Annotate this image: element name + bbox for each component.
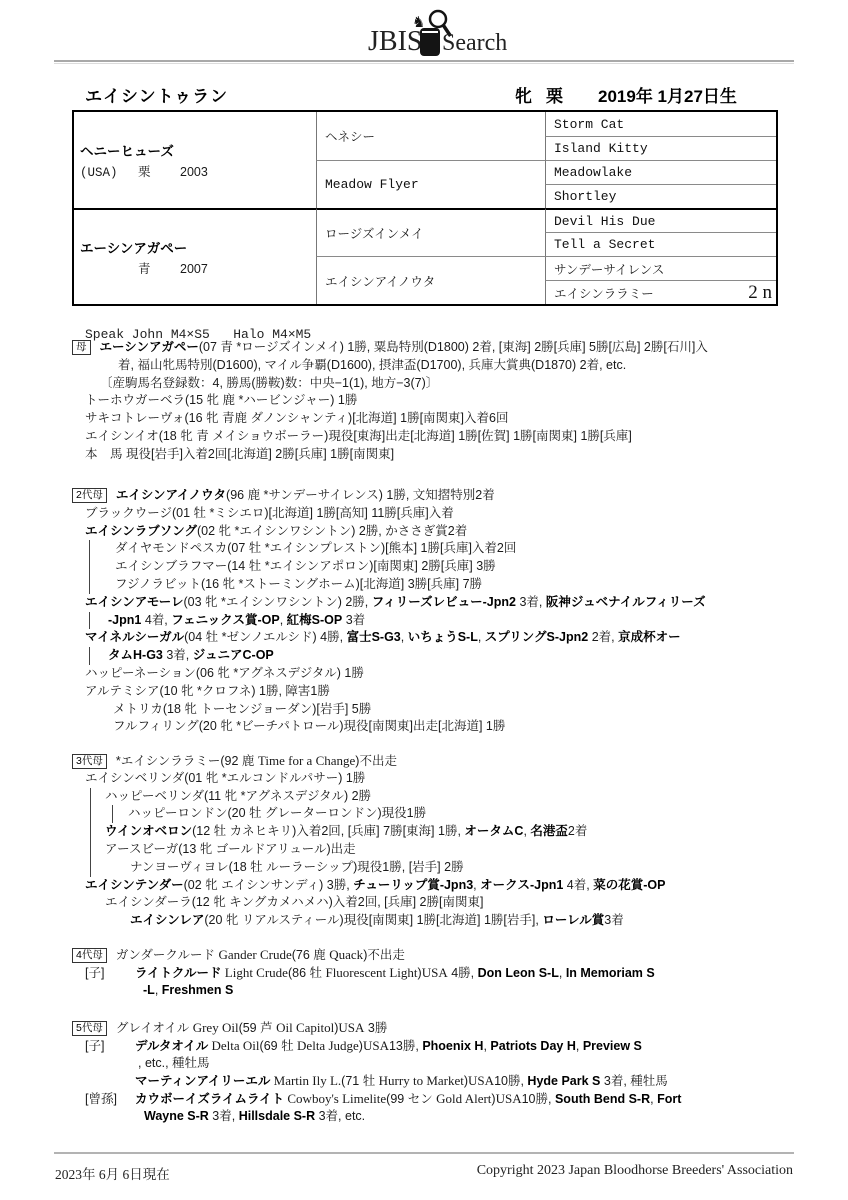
pedigree-line: [曾孫]カウボーイズライムライト Cowboy's Limelite(99 セン… xyxy=(72,1090,792,1108)
pedigree-line: アースビーガ(13 牝 ゴールドアリュール)出走 xyxy=(72,841,792,859)
pedigree-bold-text: Hyde Park S xyxy=(527,1074,600,1088)
pedigree-text: Cowboy's Limelite xyxy=(284,1091,386,1106)
pedigree-text: 4勝, xyxy=(448,966,478,980)
pedigree-section: 4代母ガンダークルード Gander Crude(76 鹿 Quack)不出走[… xyxy=(72,946,792,999)
pedigree-bold-text: エイシンテンダー xyxy=(85,878,184,892)
pedigree-text: Delta Oil xyxy=(208,1038,259,1053)
pedigree-line: 4代母ガンダークルード Gander Crude(76 鹿 Quack)不出走 xyxy=(72,946,792,964)
pedigree-text: 4着, xyxy=(563,878,593,892)
pedigree-text: USA xyxy=(496,1091,522,1106)
pedigree-text: 3着, 種牡馬 xyxy=(600,1074,667,1088)
sire-detail: (USA)栗2003 xyxy=(80,162,208,180)
jbis-search-logo: JBIS ♞ Search xyxy=(368,8,528,62)
pedigree-line: メトリカ(18 牝 トーセンジョーダン)[岩手] 5勝 xyxy=(72,701,792,719)
pedigree-text: , xyxy=(401,630,408,644)
pedigree-text: , xyxy=(280,613,287,627)
pedigree-text: (03 牝 *エイシンワシントン) 2勝, xyxy=(183,595,371,609)
pedigree-text: Gander Crude xyxy=(218,947,291,962)
pedigree-bold-text: 名港盃 xyxy=(530,824,568,838)
pedigree-bold-text: ジュニアC-OP xyxy=(193,648,274,662)
pedigree-section: 母エーシンアガペー(07 青 *ロージズインメイ) 1勝, 粟島特別(D1800… xyxy=(72,339,792,464)
pedigree-text: 10勝, xyxy=(522,1092,555,1106)
pedigree-bold-text: マイネルシーガル xyxy=(85,630,184,644)
pedigree-line: エイシンブラフマー(14 牡 *エイシンアポロン)[南関東] 2勝[兵庫] 3勝 xyxy=(72,558,792,576)
tree-branch-line xyxy=(90,859,91,877)
pedigree-report-page: JBIS ♞ Search エイシントゥラン 牝 栗 2019年 1月27日生 … xyxy=(0,0,848,1200)
pedigree-bold-text: エイシンアイノウタ xyxy=(116,488,226,502)
pedigree-bold-text: オークス-Jpn1 xyxy=(480,878,563,892)
pedigree-text: , xyxy=(576,1039,583,1053)
pedigree-text: Fluorescent Light xyxy=(325,965,417,980)
relation-label: [子] xyxy=(85,965,135,983)
pedigree-text: ガンダークルード xyxy=(116,948,219,962)
pedigree-text: 3着, xyxy=(516,595,546,609)
pedigree-bold-text: 富士S-G3 xyxy=(347,630,401,644)
pedigree-bold-text: カウボーイズライムライト xyxy=(135,1092,284,1106)
pedigree-text: 本 馬 現役[岩手]入着2回[北海道] 2勝[兵庫] 1勝[南関東] xyxy=(85,447,394,461)
pedigree-text: (69 牡 xyxy=(260,1039,298,1053)
pedigree-text: エイシンブラフマー(14 牡 *エイシンアポロン)[南関東] 2勝[兵庫] 3勝 xyxy=(115,559,496,573)
generation-label: 5代母 xyxy=(72,1021,107,1036)
generation-label: 3代母 xyxy=(72,754,107,769)
pedigree-text: 4着, xyxy=(141,613,171,627)
dam-detail: 青2007 xyxy=(80,259,208,277)
pedigree-bold-text: フィリーズレビュー-Jpn2 xyxy=(372,595,516,609)
pedigree-bold-text: ウインオベロン xyxy=(105,824,192,838)
pedigree-text: (02 牝 エイシンサンディ) 3勝, xyxy=(184,878,354,892)
pedigree-text: 3着, xyxy=(163,648,193,662)
pedigree-line: 着, 福山牝馬特別(D1600), マイル争覇(D1600), 摂津盃(D170… xyxy=(72,357,792,375)
pedigree-line: 5代母グレイオイル Grey Oil(59 芦 Oil Capitol)USA … xyxy=(72,1019,792,1037)
pedigree-text: , xyxy=(478,630,485,644)
pedigree-bold-text: South Bend S-R xyxy=(555,1092,650,1106)
relation-label: [曾孫] xyxy=(85,1091,135,1109)
pedigree-text: Grey Oil xyxy=(193,1020,239,1035)
gen3-cell: Shortley xyxy=(545,184,776,208)
horse-sex: 牝 xyxy=(515,82,532,107)
tree-branch-line xyxy=(89,576,90,594)
pedigree-text: 着, 福山牝馬特別(D1600), マイル争覇(D1600), 摂津盃(D170… xyxy=(118,358,626,372)
pedigree-line: フジノラビット(16 牝 *ストーミングホーム)[北海道] 3勝[兵庫] 7勝 xyxy=(72,576,792,594)
pedigree-text: ハッピーロンドン(20 牡 グレーターロンドン)現役1勝 xyxy=(128,806,426,820)
pedigree-line: -Jpn1 4着, フェニックス賞-OP, 紅梅S-OP 3着 xyxy=(72,612,792,630)
pedigree-text: ダイヤモンドペスカ(07 牡 *エイシンプレストン)[熊本] 1勝[兵庫]入着2… xyxy=(115,541,516,555)
pedigree-line: ナンヨーヴィヨレ(18 牡 ルーラーシップ)現役1勝, [岩手] 2勝 xyxy=(72,859,792,877)
pedigree-line: ハッピーネーション(06 牝 *アグネスデジタル) 1勝 xyxy=(72,665,792,683)
pedigree-text: エイシンダーラ(12 牝 キングカメハメハ)入着2回, [兵庫] 2勝[南関東] xyxy=(105,895,483,909)
pedigree-bold-text: ライトクルード xyxy=(135,966,222,980)
pedigree-text: 3着, etc. xyxy=(315,1109,365,1123)
pedigree-line: ハッピーロンドン(20 牡 グレーターロンドン)現役1勝 xyxy=(72,805,792,823)
sire-sire-cell: ヘネシー xyxy=(316,112,545,160)
pedigree-text: (86 牡 xyxy=(288,966,326,980)
pedigree-line: 〔産駒馬名登録数：4, 勝馬(勝鞍)数：中央−1(1), 地方−3(7)〕 xyxy=(72,375,792,393)
header-divider xyxy=(54,60,794,64)
pedigree-text: エイシンベリンダ(01 牝 *エルコンドルパサー) 1勝 xyxy=(85,771,365,785)
pedigree-line: マーティンアイリーエル Martin Ily L.(71 牡 Hurry to … xyxy=(72,1072,792,1090)
pedigree-bold-text: Don Leon S-L xyxy=(478,966,559,980)
pedigree-bold-text: マーティンアイリーエル xyxy=(135,1074,270,1088)
tree-branch-line xyxy=(89,647,90,665)
pedigree-text: フジノラビット(16 牝 *ストーミングホーム)[北海道] 3勝[兵庫] 7勝 xyxy=(115,577,482,591)
pedigree-text: )不出走 xyxy=(355,754,397,768)
pedigree-text: Delta Judge xyxy=(297,1038,359,1053)
sire-cell: ヘニーヒューズ (USA)栗2003 xyxy=(74,112,316,208)
copyright-text: Copyright 2023 Japan Bloodhorse Breeders… xyxy=(477,1163,793,1179)
pedigree-bold-text: -L xyxy=(143,983,155,997)
pedigree-section: 2代母エイシンアイノウタ(96 鹿 *サンデーサイレンス) 1勝, 文知摺特別2… xyxy=(72,487,792,736)
report-date: 2023年 6月 6日現在 xyxy=(55,1163,170,1183)
pedigree-text: 3着 xyxy=(342,613,365,627)
pedigree-text: (12 牡 カネヒキリ)入着2回, [兵庫] 7勝[東海] 1勝, xyxy=(192,824,464,838)
pedigree-text: Martin Ily L. xyxy=(270,1073,341,1088)
pedigree-line: フルフィリング(20 牝 *ビーチパトロール)現役[南関東]出走[北海道] 1勝 xyxy=(72,718,792,736)
page-title: エイシントゥラン xyxy=(85,82,228,107)
dam-name: エーシンアガペー xyxy=(80,237,187,257)
pedigree-text: (99 セン xyxy=(386,1092,436,1106)
pedigree-line: エイシンイオ(18 牝 青 メイショウボーラー)現役[東海]出走[北海道] 1勝… xyxy=(72,428,792,446)
pedigree-text: 3着, xyxy=(209,1109,239,1123)
pedigree-section: 3代母*エイシンララミー(92 鹿 Time for a Change)不出走エ… xyxy=(72,752,792,930)
pedigree-text: メトリカ(18 牝 トーセンジョーダン)[岩手] 5勝 xyxy=(113,702,371,716)
pedigree-bold-text: エイシンレア xyxy=(130,913,204,927)
pedigree-text: ナンヨーヴィヨレ(18 牡 ルーラーシップ)現役1勝, [岩手] 2勝 xyxy=(130,860,464,874)
pedigree-bold-text: Wayne S-R xyxy=(144,1109,209,1123)
pedigree-line: ダイヤモンドペスカ(07 牡 *エイシンプレストン)[熊本] 1勝[兵庫]入着2… xyxy=(72,540,792,558)
pedigree-line: Wayne S-R 3着, Hillsdale S-R 3着, etc. xyxy=(72,1108,792,1126)
pedigree-text: ハッピーベリンダ(11 牝 *アグネスデジタル) 2勝 xyxy=(105,789,371,803)
pedigree-text: , etc., 種牡馬 xyxy=(138,1056,210,1070)
pedigree-table: ヘニーヒューズ (USA)栗2003 エーシンアガペー 青2007 ヘネシー M… xyxy=(72,110,778,306)
pedigree-text: Hurry to Market xyxy=(379,1073,464,1088)
tree-branch-line xyxy=(90,841,91,859)
pedigree-line: [子]デルタオイル Delta Oil(69 牡 Delta Judge)USA… xyxy=(72,1037,792,1055)
pedigree-text: 3着 xyxy=(604,913,623,927)
pedigree-line: トーホウガーベラ(15 牝 鹿 *ハービンジャー) 1勝 xyxy=(72,392,792,410)
pedigree-text: USA xyxy=(468,1073,494,1088)
gen3-cell: サンデーサイレンス xyxy=(545,256,776,280)
pedigree-line: エイシンベリンダ(01 牝 *エルコンドルパサー) 1勝 xyxy=(72,770,792,788)
pedigree-bold-text: タムH-G3 xyxy=(108,648,163,662)
pedigree-text: , xyxy=(559,966,566,980)
pedigree-bold-text: Patriots Day H xyxy=(490,1039,575,1053)
tree-branch-line xyxy=(90,788,91,806)
pedigree-text: エイシンイオ(18 牝 青 メイショウボーラー)現役[東海]出走[北海道] 1勝… xyxy=(85,429,632,443)
pedigree-text: (20 牝 リアルスティール)現役[南関東] 1勝[北海道] 1勝[岩手], xyxy=(204,913,542,927)
tree-branch-line xyxy=(90,823,91,841)
pedigree-line: 本 馬 現役[岩手]入着2回[北海道] 2勝[兵庫] 1勝[南関東] xyxy=(72,446,792,464)
pedigree-text: *エイシンララミー(92 鹿 xyxy=(116,754,258,768)
pedigree-bold-text: -Jpn1 xyxy=(108,613,141,627)
pedigree-text: ハッピーネーション(06 牝 *アグネスデジタル) 1勝 xyxy=(85,666,364,680)
pedigree-text: Oil Capitol xyxy=(276,1020,334,1035)
generation-label: 2代母 xyxy=(72,488,107,503)
pedigree-text: Gold Alert xyxy=(436,1091,491,1106)
horse-coat-color: 栗 xyxy=(546,82,563,107)
tree-branch-line xyxy=(89,540,90,558)
pedigree-line: サキコトレーヴォ(16 牝 青鹿 ダノンシャンティ)[北海道] 1勝[南関東]入… xyxy=(72,410,792,428)
page-artifact-note: 2 n xyxy=(748,282,772,304)
pedigree-line: タムH-G3 3着, ジュニアC-OP xyxy=(72,647,792,665)
pedigree-line: ブラックウージ(01 牡 *ミシエロ)[北海道] 1勝[高知] 11勝[兵庫]入… xyxy=(72,505,792,523)
pedigree-bold-text: スプリングS-Jpn2 xyxy=(485,630,588,644)
pedigree-text: 13勝, xyxy=(389,1039,422,1053)
pedigree-bold-text: フェニックス賞-OP xyxy=(171,613,279,627)
pedigree-text: トーホウガーベラ(15 牝 鹿 *ハービンジャー) 1勝 xyxy=(85,393,357,407)
pedigree-text: (76 鹿 xyxy=(292,948,330,962)
dam-cell: エーシンアガペー 青2007 xyxy=(74,208,316,304)
pedigree-line: , etc., 種牡馬 xyxy=(72,1055,792,1073)
pedigree-text: (96 鹿 *サンデーサイレンス) 1勝, 文知摺特別2着 xyxy=(226,488,495,502)
pedigree-line: ウインオベロン(12 牡 カネヒキリ)入着2回, [兵庫] 7勝[東海] 1勝,… xyxy=(72,823,792,841)
tree-branch-line xyxy=(89,558,90,576)
pedigree-text: 3勝 xyxy=(364,1021,387,1035)
pedigree-text: USA xyxy=(363,1038,389,1053)
tree-branch-line xyxy=(90,805,91,823)
pedigree-text: 2着 xyxy=(568,824,587,838)
pedigree-text: , xyxy=(155,983,162,997)
pedigree-bold-text: オータムC xyxy=(464,824,523,838)
logo-search-text: Search xyxy=(442,30,507,57)
pedigree-text: アルテミシア(10 牝 *クロフネ) 1勝, 障害1勝 xyxy=(85,684,330,698)
gen3-name: エイシンララミー xyxy=(554,284,654,302)
pedigree-line: 3代母*エイシンララミー(92 鹿 Time for a Change)不出走 xyxy=(72,752,792,770)
pedigree-bold-text: 菜の花賞-OP xyxy=(593,878,665,892)
pedigree-bold-text: 阪神ジュベナイルフィリーズ xyxy=(546,595,706,609)
pedigree-bold-text: Fort xyxy=(657,1092,681,1106)
sire-name: ヘニーヒューズ xyxy=(80,140,174,160)
gen3-cell: Island Kitty xyxy=(545,136,776,160)
pedigree-text: ブラックウージ(01 牡 *ミシエロ)[北海道] 1勝[高知] 11勝[兵庫]入… xyxy=(85,506,454,520)
footer-divider xyxy=(54,1152,794,1154)
gen3-cell: Meadowlake xyxy=(545,160,776,184)
pedigree-line: ハッピーベリンダ(11 牝 *アグネスデジタル) 2勝 xyxy=(72,788,792,806)
pedigree-bold-text: ローレル賞 xyxy=(542,913,604,927)
tree-branch-line xyxy=(112,805,113,823)
dam-dam-cell: エイシンアイノウタ xyxy=(316,256,545,304)
pedigree-text: (59 芦 xyxy=(239,1021,277,1035)
pedigree-text: USA xyxy=(338,1020,364,1035)
pedigree-bold-text: エイシンアモーレ xyxy=(85,595,183,609)
pedigree-text: Light Crude xyxy=(222,965,288,980)
pedigree-text: (04 牡 *ゼンノエルシド) 4勝, xyxy=(184,630,346,644)
pedigree-line: マイネルシーガル(04 牡 *ゼンノエルシド) 4勝, 富士S-G3, いちょう… xyxy=(72,629,792,647)
pedigree-line: 2代母エイシンアイノウタ(96 鹿 *サンデーサイレンス) 1勝, 文知摺特別2… xyxy=(72,487,792,505)
pedigree-bold-text: Hillsdale S-R xyxy=(239,1109,315,1123)
sire-dam-cell: Meadow Flyer xyxy=(316,160,545,208)
pedigree-text: 10勝, xyxy=(494,1074,527,1088)
pedigree-section: 5代母グレイオイル Grey Oil(59 芦 Oil Capitol)USA … xyxy=(72,1019,792,1126)
pedigree-bold-text: In Memoriam S xyxy=(566,966,655,980)
pedigree-text: (07 青 *ロージズインメイ) 1勝, 粟島特別(D1800) 2着, [東海… xyxy=(199,340,708,354)
generation-label: 4代母 xyxy=(72,948,107,963)
pedigree-line: 母エーシンアガペー(07 青 *ロージズインメイ) 1勝, 粟島特別(D1800… xyxy=(72,339,792,357)
pedigree-bold-text: チューリップ賞-Jpn3 xyxy=(353,878,473,892)
pedigree-bold-text: 京成杯オー xyxy=(618,630,681,644)
pedigree-text: )不出走 xyxy=(363,948,405,962)
gen3-cell: Devil His Due xyxy=(545,208,776,232)
magnifier-icon xyxy=(430,11,446,27)
pedigree-line: アルテミシア(10 牝 *クロフネ) 1勝, 障害1勝 xyxy=(72,683,792,701)
pedigree-text: USA xyxy=(422,965,448,980)
pedigree-bold-text: 紅梅S-OP xyxy=(287,613,343,627)
pedigree-bold-text: Freshmen S xyxy=(162,983,234,997)
pedigree-bold-text: いちょうS-L xyxy=(408,630,478,644)
dam-sire-cell: ロージズインメイ xyxy=(316,208,545,256)
generation-label: 母 xyxy=(72,340,91,355)
pedigree-bold-text: エーシンアガペー xyxy=(100,340,199,354)
gen3-cell: Tell a Secret xyxy=(545,232,776,256)
pedigree-text: フルフィリング(20 牝 *ビーチパトロール)現役[南関東]出走[北海道] 1勝 xyxy=(113,719,505,733)
pedigree-line: [子]ライトクルード Light Crude(86 牡 Fluorescent … xyxy=(72,964,792,982)
pedigree-text: 2着, xyxy=(588,630,618,644)
pedigree-line: エイシンラブソング(02 牝 *エイシンワシントン) 2勝, かささぎ賞2着 xyxy=(72,523,792,541)
pedigree-bold-text: デルタオイル xyxy=(135,1039,208,1053)
pedigree-bold-text: Preview S xyxy=(583,1039,642,1053)
gen3-cell: エイシンララミー 2 n xyxy=(545,280,776,304)
pedigree-bold-text: Phoenix H xyxy=(422,1039,483,1053)
pedigree-line: エイシンダーラ(12 牝 キングカメハメハ)入着2回, [兵庫] 2勝[南関東] xyxy=(72,894,792,912)
pedigree-text: Quack xyxy=(329,947,363,962)
tree-branch-line xyxy=(89,612,90,630)
relation-label: [子] xyxy=(85,1038,135,1056)
pedigree-line: エイシンアモーレ(03 牝 *エイシンワシントン) 2勝, フィリーズレビュー-… xyxy=(72,594,792,612)
pedigree-text: アースビーガ(13 牝 ゴールドアリュール)出走 xyxy=(105,842,356,856)
pedigree-text: 〔産駒馬名登録数：4, 勝馬(勝鞍)数：中央−1(1), 地方−3(7)〕 xyxy=(100,376,438,390)
pedigree-line: エイシンテンダー(02 牝 エイシンサンディ) 3勝, チューリップ賞-Jpn3… xyxy=(72,877,792,895)
gen3-cell: Storm Cat xyxy=(545,112,776,136)
pedigree-text: (71 牡 xyxy=(341,1074,379,1088)
pedigree-text: サキコトレーヴォ(16 牝 青鹿 ダノンシャンティ)[北海道] 1勝[南関東]入… xyxy=(85,411,508,425)
pedigree-text: Time for a Change xyxy=(258,753,355,768)
pedigree-line: -L, Freshmen S xyxy=(72,982,792,1000)
horse-birth-date: 2019年 1月27日生 xyxy=(598,82,737,107)
pedigree-line: エイシンレア(20 牝 リアルスティール)現役[南関東] 1勝[北海道] 1勝[… xyxy=(72,912,792,930)
pedigree-bold-text: エイシンラブソング xyxy=(85,524,197,538)
pedigree-text: グレイオイル xyxy=(116,1021,193,1035)
pedigree-text: (02 牝 *エイシンワシントン) 2勝, かささぎ賞2着 xyxy=(197,524,467,538)
